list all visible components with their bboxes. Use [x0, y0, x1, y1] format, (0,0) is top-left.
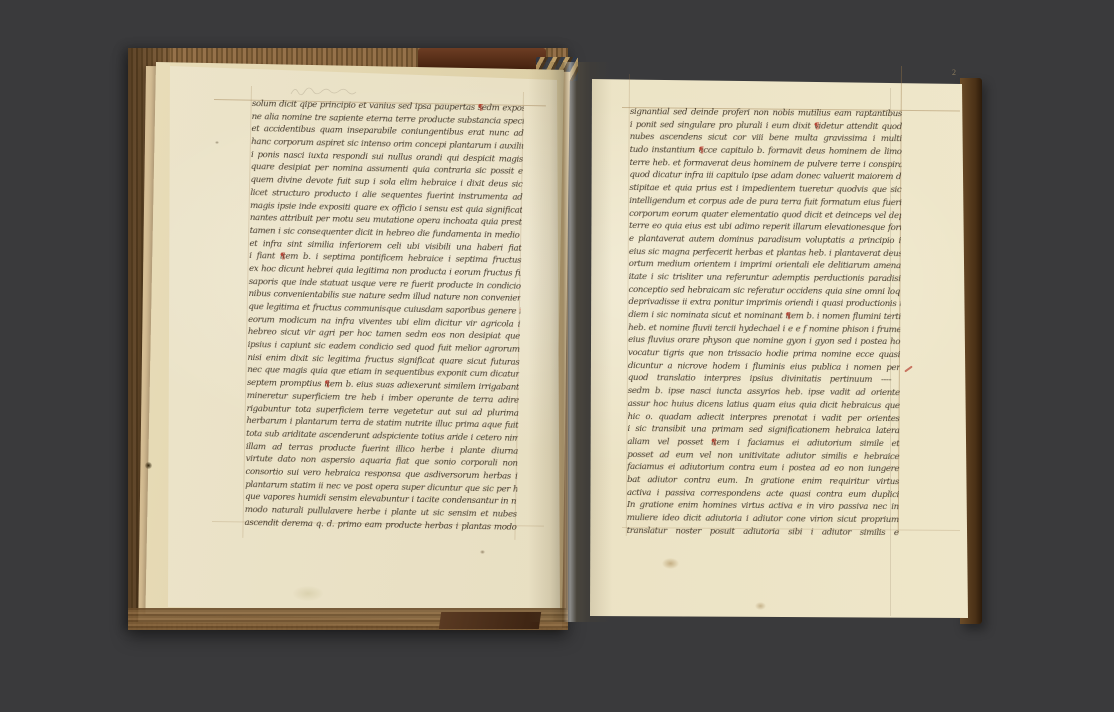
rubric-pilcrow: ¶ [478, 102, 483, 115]
parchment-stain [662, 558, 679, 569]
text-block-left: solum dicit qipe principio et vanius sed… [244, 98, 523, 534]
leather-spine-tail [439, 612, 541, 629]
leather-spine-headcap [418, 48, 546, 69]
parchment-stain [755, 602, 766, 610]
faint-inscription-marks [288, 84, 366, 98]
spine-gutter [528, 62, 612, 622]
text-block-right: signantial sed deinde proferi non nobis … [627, 106, 902, 539]
rubric-pilcrow: ¶ [699, 145, 704, 158]
wood-knot [145, 462, 152, 469]
rubric-pilcrow: ¶ [519, 306, 520, 319]
rubric-pilcrow: ¶ [814, 120, 819, 133]
page-crease [890, 88, 891, 616]
folio-number: 2 [947, 68, 961, 78]
rubric-pilcrow: ¶ [280, 251, 285, 264]
rubric-pilcrow: ¶ [711, 437, 716, 450]
parchment-stain [293, 586, 323, 601]
parchment-stain [215, 141, 219, 144]
manuscript-photo: { "scene": { "description": "Photograph … [0, 0, 1114, 712]
open-manuscript-book: solum dicit qipe principio et vanius sed… [125, 42, 985, 642]
manuscript-line: translatur noster posuit adiutoria sibi … [627, 525, 899, 540]
rubric-pilcrow: ¶ [785, 310, 790, 323]
parchment-stain [480, 550, 485, 554]
rubric-pilcrow: ¶ [324, 378, 329, 391]
